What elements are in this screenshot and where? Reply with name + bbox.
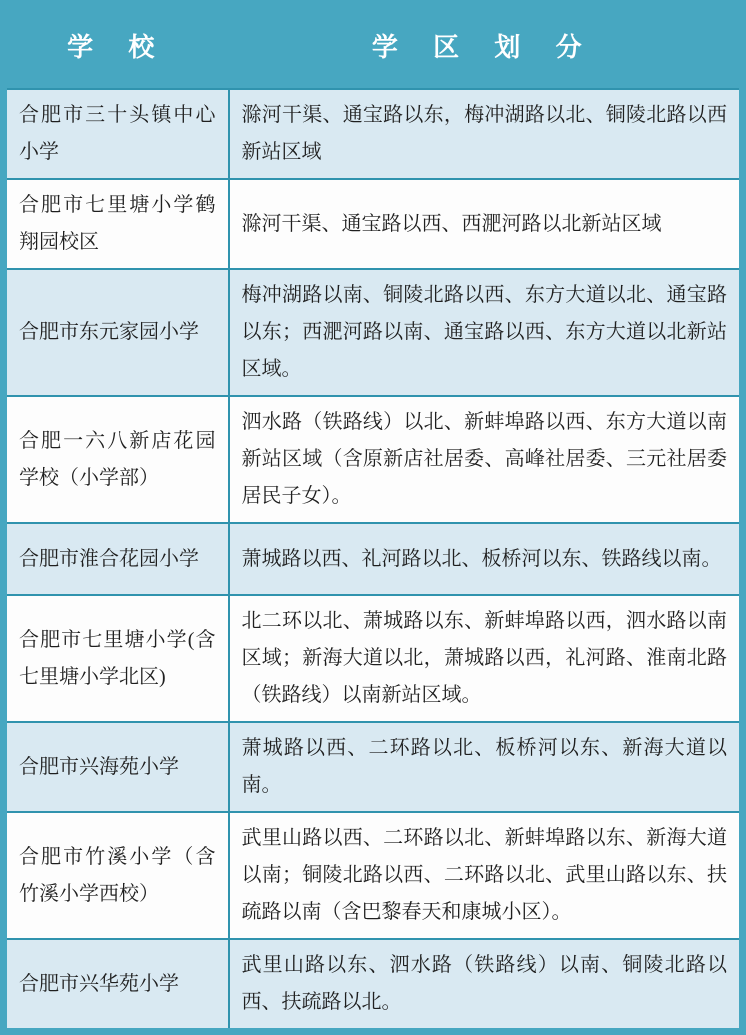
header-row: 学 校 学 区 划 分	[4, 4, 743, 90]
table-body: 合肥市三十头镇中心小学 滁河干渠、通宝路以东，梅冲湖路以北、铜陵北路以西新站区域…	[4, 89, 743, 1032]
column-header-school: 学 校	[4, 4, 229, 90]
school-cell: 合肥市东元家园小学	[4, 269, 229, 396]
district-cell: 梅冲湖路以南、铜陵北路以西、东方大道以北、通宝路以东；西淝河路以南、通宝路以西、…	[229, 269, 743, 396]
school-cell: 合肥市竹溪小学（含竹溪小学西校）	[4, 812, 229, 939]
school-cell: 合肥市兴华苑小学	[4, 939, 229, 1032]
table-row: 合肥市七里塘小学鹤翔园校区 滁河干渠、通宝路以西、西淝河路以北新站区域	[4, 179, 743, 269]
district-cell: 萧城路以西、礼河路以北、板桥河以东、铁路线以南。	[229, 523, 743, 595]
district-cell: 滁河干渠、通宝路以西、西淝河路以北新站区域	[229, 179, 743, 269]
table-row: 合肥一六八新店花园学校（小学部） 泗水路（铁路线）以北、新蚌埠路以西、东方大道以…	[4, 396, 743, 523]
table-row: 合肥市七里塘小学(含七里塘小学北区) 北二环以北、萧城路以东、新蚌埠路以西，泗水…	[4, 595, 743, 722]
district-cell: 滁河干渠、通宝路以东，梅冲湖路以北、铜陵北路以西新站区域	[229, 89, 743, 179]
school-cell: 合肥市七里塘小学鹤翔园校区	[4, 179, 229, 269]
page: 学 校 学 区 划 分 合肥市三十头镇中心小学 滁河干渠、通宝路以东，梅冲湖路以…	[0, 0, 746, 1035]
district-cell: 萧城路以西、二环路以北、板桥河以东、新海大道以南。	[229, 722, 743, 812]
table-row: 合肥市竹溪小学（含竹溪小学西校） 武里山路以西、二环路以北、新蚌埠路以东、新海大…	[4, 812, 743, 939]
district-cell: 泗水路（铁路线）以北、新蚌埠路以西、东方大道以南新站区域（含原新店社居委、高峰社…	[229, 396, 743, 523]
school-cell: 合肥市七里塘小学(含七里塘小学北区)	[4, 595, 229, 722]
table-row: 合肥市东元家园小学 梅冲湖路以南、铜陵北路以西、东方大道以北、通宝路以东；西淝河…	[4, 269, 743, 396]
district-cell: 武里山路以西、二环路以北、新蚌埠路以东、新海大道以南；铜陵北路以西、二环路以北、…	[229, 812, 743, 939]
school-cell: 合肥市兴海苑小学	[4, 722, 229, 812]
district-cell: 武里山路以东、泗水路（铁路线）以南、铜陵北路以西、扶疏路以北。	[229, 939, 743, 1032]
table-row: 合肥市淮合花园小学 萧城路以西、礼河路以北、板桥河以东、铁路线以南。	[4, 523, 743, 595]
table-row: 合肥市三十头镇中心小学 滁河干渠、通宝路以东，梅冲湖路以北、铜陵北路以西新站区域	[4, 89, 743, 179]
table-row: 合肥市兴海苑小学 萧城路以西、二环路以北、板桥河以东、新海大道以南。	[4, 722, 743, 812]
school-district-table: 学 校 学 区 划 分 合肥市三十头镇中心小学 滁河干渠、通宝路以东，梅冲湖路以…	[0, 0, 746, 1035]
school-cell: 合肥市三十头镇中心小学	[4, 89, 229, 179]
column-header-district: 学 区 划 分	[229, 4, 743, 90]
table-header: 学 校 学 区 划 分	[4, 4, 743, 90]
school-cell: 合肥一六八新店花园学校（小学部）	[4, 396, 229, 523]
district-cell: 北二环以北、萧城路以东、新蚌埠路以西，泗水路以南区域；新海大道以北，萧城路以西，…	[229, 595, 743, 722]
school-cell: 合肥市淮合花园小学	[4, 523, 229, 595]
table-row: 合肥市兴华苑小学 武里山路以东、泗水路（铁路线）以南、铜陵北路以西、扶疏路以北。	[4, 939, 743, 1032]
